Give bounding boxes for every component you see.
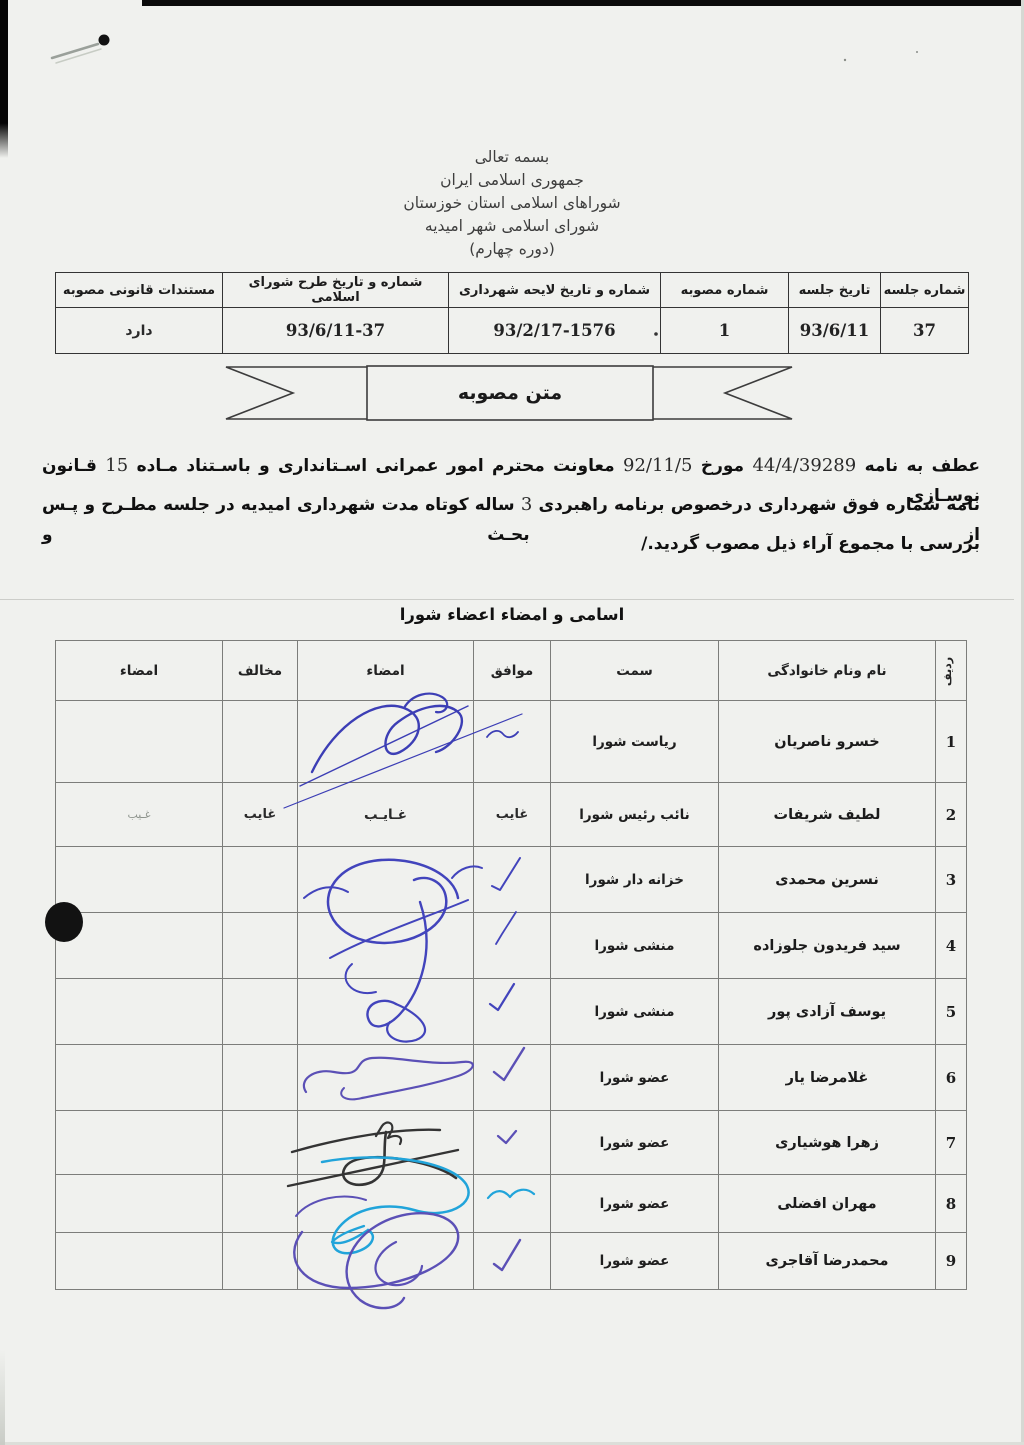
summary-header-row: شماره جلسه تاریخ جلسه شماره مصوبه شماره … (56, 273, 969, 308)
cell-agree (474, 913, 551, 979)
staple-mark (52, 35, 110, 64)
cell-no: 6 (936, 1045, 967, 1111)
members-table-body: 1خسرو ناصریانریاست شورا2لطیف شریفاتنائب … (56, 701, 967, 1290)
cell-name: زهرا هوشیاری (719, 1111, 936, 1175)
table-row: 9محمدرضا آقاجریعضو شورا (56, 1233, 967, 1290)
cell-no: 5 (936, 979, 967, 1045)
resolution-text-segment: مورخ (701, 456, 744, 476)
value-council-plan: 93/6/11-37 (223, 308, 449, 354)
cell-agree (474, 1111, 551, 1175)
cell-name: لطیف شریفات (719, 783, 936, 847)
value-legal-docs: دارد (56, 308, 223, 354)
summary-value-row: 37 93/6/11 1 93/2/17-1576 93/6/11-37 دار… (56, 308, 969, 354)
resolution-text-segment: نامه شماره فوق شهرداری درخصوص برنامه راه… (539, 495, 980, 515)
table-row: 4سید فریدون جلوزادهمنشی شورا (56, 913, 967, 979)
cell-name: یوسف آزادی پور (719, 979, 936, 1045)
cell-signature2 (56, 847, 223, 913)
header-municipality-bill: شماره و تاریخ لایحه شهرداری (449, 273, 661, 308)
cell-agree (474, 847, 551, 913)
cell-signature2 (56, 1045, 223, 1111)
ribbon-right-wing (653, 367, 792, 419)
reference-letter-number: 44/4/39289 (752, 455, 856, 476)
cell-against (223, 1045, 298, 1111)
cell-name: محمدرضا آقاجری (719, 1233, 936, 1290)
scan-edge-left (0, 0, 8, 158)
cell-signature2 (56, 979, 223, 1045)
value-session-number: 37 (881, 308, 969, 354)
cell-signature (298, 1045, 474, 1111)
cell-against (223, 913, 298, 979)
cell-against: غایب (223, 783, 298, 847)
letterhead-line: شوراهای اسلامی استان خوزستان (0, 192, 1024, 215)
cell-no: 9 (936, 1233, 967, 1290)
cell-signature: غـايـب (298, 783, 474, 847)
header-signature: امضاء (298, 641, 474, 701)
table-row: 2لطیف شریفاتنائب رئیس شوراغایبغـايـبغایب… (56, 783, 967, 847)
header-full-name: نام ونام خانوادگی (719, 641, 936, 701)
resolution-text: عطف به نامه 44/4/39289 مورخ 92/11/5 معاو… (42, 451, 980, 568)
cell-against (223, 1111, 298, 1175)
scanned-document-page: بسمه تعالی جمهوری اسلامی ایران شوراهای ا… (0, 0, 1024, 1445)
cell-against (223, 1175, 298, 1233)
value-session-date: 93/6/11 (789, 308, 881, 354)
ribbon-left-wing (226, 367, 367, 419)
header-resolution-number: شماره مصوبه (661, 273, 789, 308)
cell-position: خزانه دار شورا (551, 847, 719, 913)
cell-no: 1 (936, 701, 967, 783)
cell-signature (298, 847, 474, 913)
table-row: 5یوسف آزادی پورمنشی شورا (56, 979, 967, 1045)
table-row: 6غلامرضا یارعضو شورا (56, 1045, 967, 1111)
letterhead-line: (دوره چهارم) (0, 238, 1024, 261)
law-article-number: 15 (105, 455, 128, 476)
cell-agree (474, 1233, 551, 1290)
scan-corner-shadow (0, 1350, 5, 1445)
members-signature-table: ردیف نام ونام خانوادگی سمت موافق امضاء م… (55, 640, 967, 1290)
value-resolution-number: 1 (661, 308, 789, 354)
cell-against (223, 1233, 298, 1290)
cell-signature2 (56, 701, 223, 783)
cell-agree (474, 979, 551, 1045)
cell-against (223, 847, 298, 913)
resolution-summary-table: شماره جلسه تاریخ جلسه شماره مصوبه شماره … (55, 272, 969, 354)
letterhead-line: شورای اسلامی شهر امیدیه (0, 215, 1024, 238)
cell-no: 2 (936, 783, 967, 847)
resolution-text-segment: عطف به نامه (865, 456, 980, 476)
cell-signature2: غـيب (56, 783, 223, 847)
cell-no: 8 (936, 1175, 967, 1233)
cell-signature (298, 1175, 474, 1233)
resolution-line: نامه شماره فوق شهرداری درخصوص برنامه راه… (42, 490, 980, 529)
table-row: 7زهرا هوشیاریعضو شورا (56, 1111, 967, 1175)
members-header-row: ردیف نام ونام خانوادگی سمت موافق امضاء م… (56, 641, 967, 701)
cell-agree: غایب (474, 783, 551, 847)
cell-no: 4 (936, 913, 967, 979)
reference-letter-date: 92/11/5 (623, 455, 692, 476)
table-row: 1خسرو ناصریانریاست شورا (56, 701, 967, 783)
table-row: 3نسرین محمدیخزانه دار شورا (56, 847, 967, 913)
letterhead-line: بسمه تعالی (0, 146, 1024, 169)
cell-position: عضو شورا (551, 1111, 719, 1175)
header-position: سمت (551, 641, 719, 701)
resolution-text-segment: معاونت محترم امور عمرانی اسـتانداری و با… (137, 456, 615, 476)
header-session-date: تاریخ جلسه (789, 273, 881, 308)
cell-name: مهران افضلی (719, 1175, 936, 1233)
header-agree: موافق (474, 641, 551, 701)
cell-position: عضو شورا (551, 1233, 719, 1290)
paper-fold-line (0, 599, 1014, 600)
header-row-number: ردیف (936, 641, 967, 701)
cell-name: نسرین محمدی (719, 847, 936, 913)
cell-signature (298, 701, 474, 783)
cell-no: 3 (936, 847, 967, 913)
cell-position: نائب رئیس شورا (551, 783, 719, 847)
header-signature-2: امضاء (56, 641, 223, 701)
letterhead-line: جمهوری اسلامی ایران (0, 169, 1024, 192)
cell-agree (474, 1175, 551, 1233)
banner-title: متن مصوبه (367, 366, 653, 420)
header-session-number: شماره جلسه (881, 273, 969, 308)
cell-no: 7 (936, 1111, 967, 1175)
cell-against (223, 701, 298, 783)
cell-signature2 (56, 1233, 223, 1290)
cell-agree (474, 1045, 551, 1111)
cell-signature2 (56, 913, 223, 979)
letterhead: بسمه تعالی جمهوری اسلامی ایران شوراهای ا… (0, 146, 1024, 261)
cell-position: عضو شورا (551, 1045, 719, 1111)
header-legal-docs: مستندات قانونی مصوبه (56, 273, 223, 308)
table-row: 8مهران افضلیعضو شورا (56, 1175, 967, 1233)
cell-position: منشی شورا (551, 979, 719, 1045)
cell-name: خسرو ناصریان (719, 701, 936, 783)
scan-edge-top (142, 0, 1024, 6)
value-municipality-bill: 93/2/17-1576 (449, 308, 661, 354)
cell-signature2 (56, 1111, 223, 1175)
resolution-text-segment: بررسی با مجموع آراء ذیل مصوب گردید./ (641, 534, 980, 554)
cell-position: منشی شورا (551, 913, 719, 979)
cell-signature (298, 979, 474, 1045)
cell-signature (298, 913, 474, 979)
header-against: مخالف (223, 641, 298, 701)
cell-against (223, 979, 298, 1045)
cell-position: عضو شورا (551, 1175, 719, 1233)
plan-years-number: 3 (521, 494, 532, 515)
cell-signature (298, 1233, 474, 1290)
cell-position: ریاست شورا (551, 701, 719, 783)
cell-name: غلامرضا یار (719, 1045, 936, 1111)
header-council-plan: شماره و تاریخ طرح شورای اسلامی (223, 273, 449, 308)
cell-name: سید فریدون جلوزاده (719, 913, 936, 979)
members-section-title: اسامی و امضاء اعضاء شورا (0, 605, 1024, 624)
cell-agree (474, 701, 551, 783)
resolution-line: عطف به نامه 44/4/39289 مورخ 92/11/5 معاو… (42, 451, 980, 490)
cell-signature2 (56, 1175, 223, 1233)
cell-signature (298, 1111, 474, 1175)
